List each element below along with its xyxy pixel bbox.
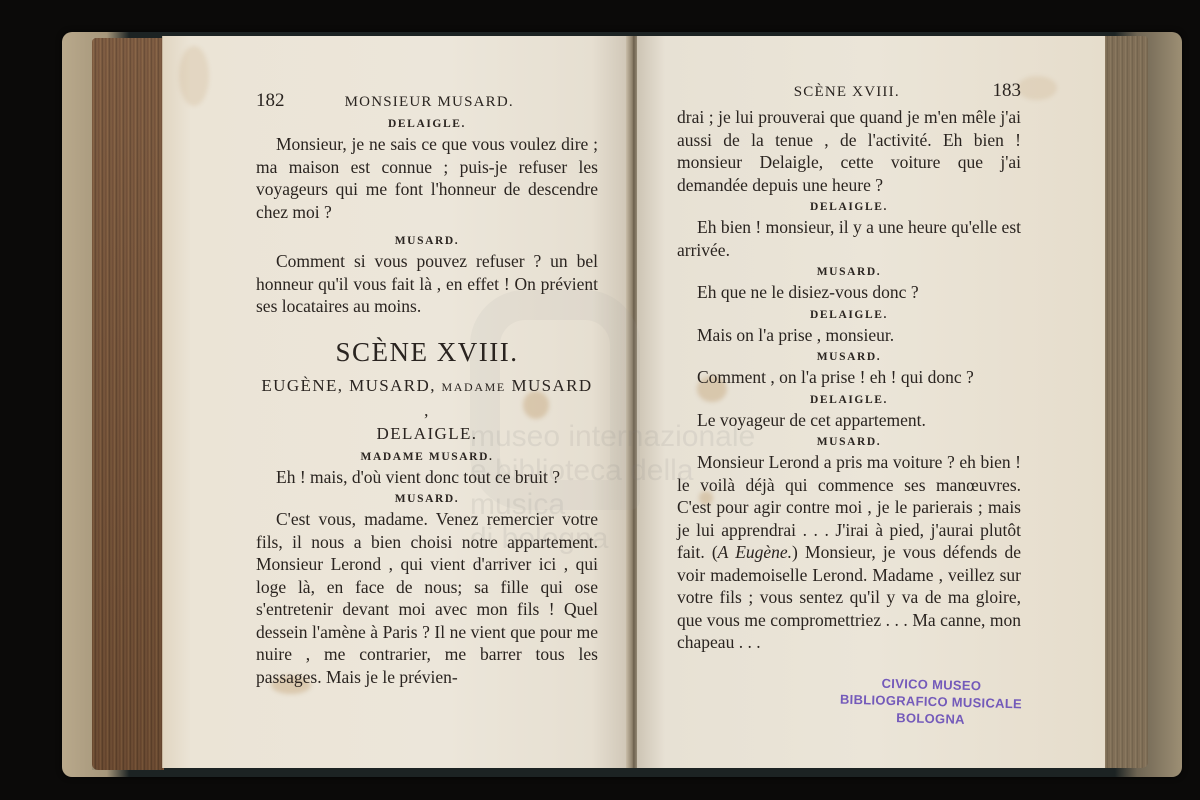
- dialogue: Mais on l'a prise , monsieur.: [677, 324, 1021, 347]
- page-edges-right: [1104, 36, 1148, 768]
- running-title: SCÈNE XVIII.: [701, 81, 993, 103]
- speaker-name: MUSARD.: [677, 349, 1021, 365]
- dialogue: Eh bien ! monsieur, il y a une heure qu'…: [677, 216, 1021, 261]
- dialogue: Comment si vous pouvez refuser ? un bel …: [256, 250, 598, 318]
- running-title: MONSIEUR MUSARD.: [285, 91, 575, 113]
- library-stamp: CIVICO MUSEO BIBLIOGRAFICO MUSICALE BOLO…: [835, 674, 1026, 730]
- dialogue: Monsieur, je ne sais ce que vous voulez …: [256, 133, 598, 223]
- speaker-name: MUSARD.: [677, 434, 1021, 450]
- dialogue: Eh que ne le disiez-vous donc ?: [677, 281, 1021, 304]
- dialogue: Eh ! mais, d'où vient donc tout ce bruit…: [256, 466, 598, 489]
- dialogue: Comment , on l'a prise ! eh ! qui donc ?: [677, 366, 1021, 389]
- speaker-name: MUSARD.: [256, 491, 598, 507]
- speaker-name: DELAIGLE.: [256, 116, 598, 132]
- cast-names: EUGÈNE, MUSARD,: [261, 376, 441, 395]
- dialogue: Le voyageur de cet appartement.: [677, 409, 1021, 432]
- dialogue-continuation: drai ; je lui prouverai que quand je m'e…: [677, 106, 1021, 196]
- dialogue: C'est vous, madame. Venez remercier votr…: [256, 508, 598, 688]
- speaker-name: DELAIGLE.: [677, 199, 1021, 215]
- speaker-name: MUSARD.: [256, 233, 598, 249]
- running-head: 182 MONSIEUR MUSARD.: [256, 90, 598, 112]
- dialogue: Monsieur Lerond a pris ma voiture ? eh b…: [677, 451, 1021, 654]
- page-number: 183: [993, 80, 1022, 102]
- page-number: 182: [256, 90, 285, 112]
- speaker-name: DELAIGLE.: [677, 307, 1021, 323]
- left-page-text: 182 MONSIEUR MUSARD. DELAIGLE. Monsieur,…: [256, 90, 598, 688]
- speaker-name: DELAIGLE.: [677, 392, 1021, 408]
- scene-cast: EUGÈNE, MUSARD, MADAME MUSARD , DELAIGLE…: [256, 374, 598, 445]
- right-page-text: SCÈNE XVIII. 183 drai ; je lui prouverai…: [677, 80, 1021, 654]
- running-head: SCÈNE XVIII. 183: [677, 80, 1021, 102]
- page-edges-left: [92, 38, 164, 770]
- speaker-name: MUSARD.: [677, 264, 1021, 280]
- stage-direction: A Eugène.: [718, 542, 792, 562]
- cast-madame: MADAME: [442, 380, 506, 394]
- cast-names: DELAIGLE.: [377, 424, 478, 443]
- speaker-name: MADAME MUSARD.: [256, 449, 598, 465]
- scene-title: SCÈNE XVIII.: [256, 336, 598, 368]
